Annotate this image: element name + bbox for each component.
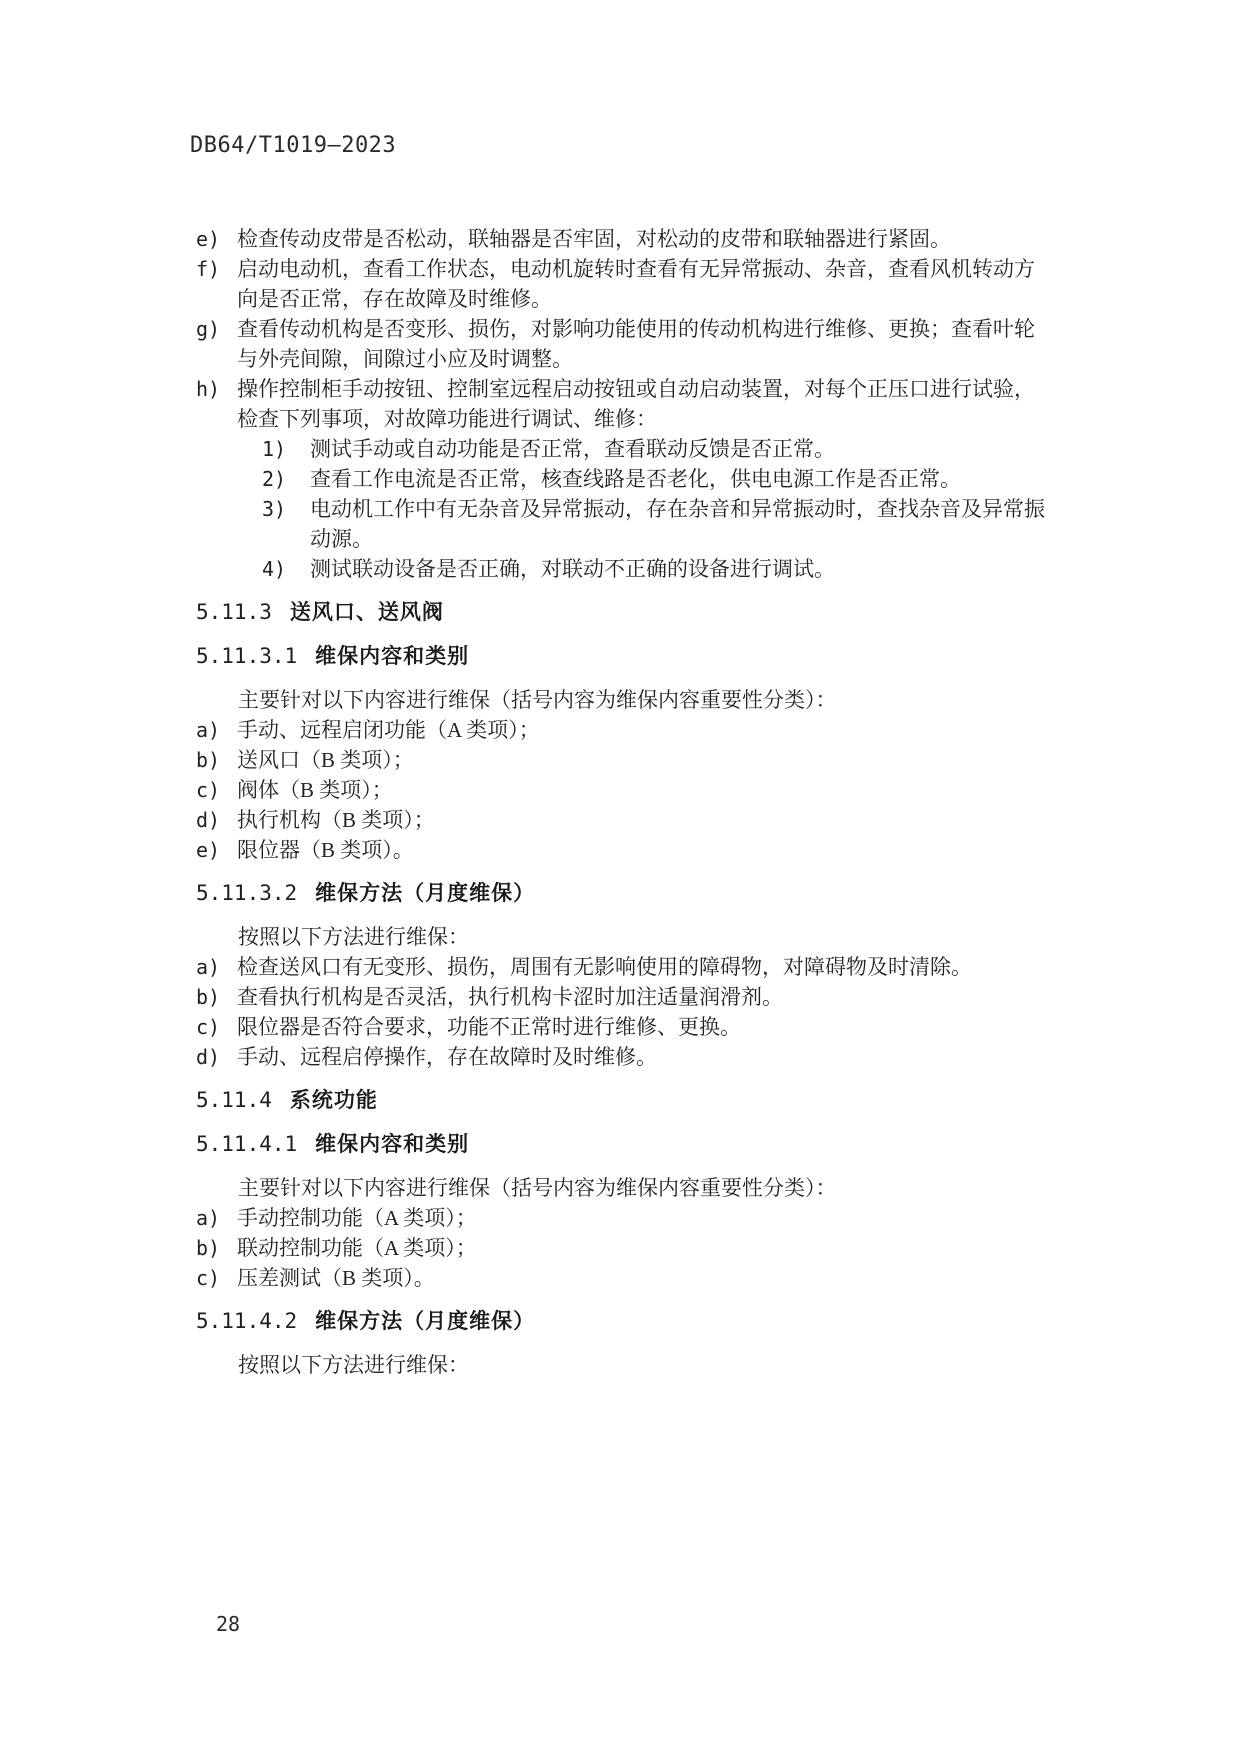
heading-title: 系统功能 (290, 1089, 378, 1112)
list-item-text: 限位器（B 类项）。 (237, 835, 1050, 865)
paragraph-method-intro-1: 按照以下方法进行维保： (196, 922, 1050, 952)
list-item-text: 执行机构（B 类项）； (237, 805, 1050, 835)
list-item-label: 1) (262, 434, 310, 464)
list-item: d) 执行机构（B 类项）； (196, 805, 1050, 835)
list-item-label: c) (196, 1263, 237, 1293)
document-header: DB64/T1019—2023 (190, 131, 396, 161)
heading-5-11-3-2: 5.11.3.2维保方法（月度维保） (196, 878, 1050, 909)
list-item-label: b) (196, 982, 237, 1012)
list-item-label: 3) (262, 494, 310, 524)
list-item-text: 查看执行机构是否灵活，执行机构卡涩时加注适量润滑剂。 (237, 982, 1050, 1012)
list-item-text: 手动、远程启闭功能（A 类项）； (237, 715, 1050, 745)
list-item: h) 操作控制柜手动按钮、控制室远程启动按钮或自动启动装置，对每个正压口进行试验… (196, 374, 1050, 434)
heading-number: 5.11.4.2 (196, 1309, 297, 1333)
list-item-label: b) (196, 1233, 237, 1263)
list-item-label: d) (196, 805, 237, 835)
list-item-text: 压差测试（B 类项）。 (237, 1263, 1050, 1293)
list-item-label: d) (196, 1042, 237, 1072)
list-item-text: 操作控制柜手动按钮、控制室远程启动按钮或自动启动装置，对每个正压口进行试验，检查… (237, 374, 1050, 434)
list-item: c) 压差测试（B 类项）。 (196, 1263, 1050, 1293)
list-item: e) 检查传动皮带是否松动，联轴器是否牢固，对松动的皮带和联轴器进行紧固。 (196, 224, 1050, 254)
page-number: 28 (216, 1612, 240, 1636)
list-item: e) 限位器（B 类项）。 (196, 835, 1050, 865)
heading-number: 5.11.4.1 (196, 1132, 297, 1156)
list-item-text: 阀体（B 类项）； (237, 775, 1050, 805)
list-item-label: f) (196, 254, 237, 284)
paragraph-method-intro-2: 按照以下方法进行维保： (196, 1350, 1050, 1380)
list-item-text: 手动控制功能（A 类项）； (237, 1203, 1050, 1233)
list-item: b) 查看执行机构是否灵活，执行机构卡涩时加注适量润滑剂。 (196, 982, 1050, 1012)
document-page: DB64/T1019—2023 e) 检查传动皮带是否松动，联轴器是否牢固，对松… (0, 0, 1241, 1755)
list-item: a) 手动控制功能（A 类项）； (196, 1203, 1050, 1233)
list-item-text: 检查传动皮带是否松动，联轴器是否牢固，对松动的皮带和联轴器进行紧固。 (237, 224, 1050, 254)
list-item-text: 限位器是否符合要求，功能不正常时进行维修、更换。 (237, 1012, 1050, 1042)
list-item-text: 检查送风口有无变形、损伤，周围有无影响使用的障碍物，对障碍物及时清除。 (237, 952, 1050, 982)
document-content: e) 检查传动皮带是否松动，联轴器是否牢固，对松动的皮带和联轴器进行紧固。 f)… (196, 224, 1050, 1380)
heading-5-11-3-1: 5.11.3.1维保内容和类别 (196, 641, 1050, 672)
list-item-label: e) (196, 224, 237, 254)
list-item: b) 联动控制功能（A 类项）； (196, 1233, 1050, 1263)
list-item-label: a) (196, 952, 237, 982)
list-item-text: 送风口（B 类项）； (237, 745, 1050, 775)
list-item-text: 启动电动机，查看工作状态，电动机旋转时查看有无异常振动、杂音，查看风机转动方向是… (237, 254, 1050, 314)
list-numeric-checks: 1) 测试手动或自动功能是否正常，查看联动反馈是否正常。 2) 查看工作电流是否… (196, 434, 1050, 584)
heading-title: 送风口、送风阀 (290, 601, 444, 624)
list-item-text: 测试手动或自动功能是否正常，查看联动反馈是否正常。 (310, 434, 1050, 464)
list-alpha-fan: e) 检查传动皮带是否松动，联轴器是否牢固，对松动的皮带和联轴器进行紧固。 f)… (196, 224, 1050, 434)
list-item-text: 电动机工作中有无杂音及异常振动，存在杂音和异常振动时，查找杂音及异常振动源。 (310, 494, 1050, 554)
list-alpha-items-2: a) 手动控制功能（A 类项）； b) 联动控制功能（A 类项）； c) 压差测… (196, 1203, 1050, 1293)
list-item-label: c) (196, 775, 237, 805)
list-item-label: e) (196, 835, 237, 865)
list-item-text: 联动控制功能（A 类项）； (237, 1233, 1050, 1263)
heading-5-11-4-2: 5.11.4.2维保方法（月度维保） (196, 1306, 1050, 1337)
list-item-text: 查看工作电流是否正常，核查线路是否老化，供电电源工作是否正常。 (310, 464, 1050, 494)
heading-title: 维保内容和类别 (315, 645, 469, 668)
heading-title: 维保内容和类别 (315, 1133, 469, 1156)
list-item: 3) 电动机工作中有无杂音及异常振动，存在杂音和异常振动时，查找杂音及异常振动源… (262, 494, 1050, 554)
list-item-label: b) (196, 745, 237, 775)
list-item: f) 启动电动机，查看工作状态，电动机旋转时查看有无异常振动、杂音，查看风机转动… (196, 254, 1050, 314)
heading-number: 5.11.3 (196, 600, 272, 624)
heading-title: 维保方法（月度维保） (315, 1310, 535, 1333)
list-item: 4) 测试联动设备是否正确，对联动不正确的设备进行调试。 (262, 554, 1050, 584)
list-item: 2) 查看工作电流是否正常，核查线路是否老化，供电电源工作是否正常。 (262, 464, 1050, 494)
list-item: a) 检查送风口有无变形、损伤，周围有无影响使用的障碍物，对障碍物及时清除。 (196, 952, 1050, 982)
list-item: b) 送风口（B 类项）； (196, 745, 1050, 775)
heading-number: 5.11.3.1 (196, 644, 297, 668)
heading-5-11-4: 5.11.4系统功能 (196, 1085, 1050, 1116)
list-item: 1) 测试手动或自动功能是否正常，查看联动反馈是否正常。 (262, 434, 1050, 464)
list-item-label: 2) (262, 464, 310, 494)
list-item-label: g) (196, 314, 237, 344)
list-item-text: 手动、远程启停操作，存在故障时及时维修。 (237, 1042, 1050, 1072)
list-item-label: c) (196, 1012, 237, 1042)
list-item: d) 手动、远程启停操作，存在故障时及时维修。 (196, 1042, 1050, 1072)
heading-number: 5.11.3.2 (196, 881, 297, 905)
list-alpha-methods-1: a) 检查送风口有无变形、损伤，周围有无影响使用的障碍物，对障碍物及时清除。 b… (196, 952, 1050, 1072)
heading-number: 5.11.4 (196, 1088, 272, 1112)
paragraph-maintenance-scope-2: 主要针对以下内容进行维保（括号内容为维保内容重要性分类）： (196, 1173, 1050, 1203)
list-item: c) 限位器是否符合要求，功能不正常时进行维修、更换。 (196, 1012, 1050, 1042)
list-item: c) 阀体（B 类项）； (196, 775, 1050, 805)
heading-5-11-3: 5.11.3送风口、送风阀 (196, 597, 1050, 628)
list-alpha-items-1: a) 手动、远程启闭功能（A 类项）； b) 送风口（B 类项）； c) 阀体（… (196, 715, 1050, 865)
heading-title: 维保方法（月度维保） (315, 882, 535, 905)
list-item-label: h) (196, 374, 237, 404)
list-item-text: 查看传动机构是否变形、损伤，对影响功能使用的传动机构进行维修、更换；查看叶轮与外… (237, 314, 1050, 374)
list-item: g) 查看传动机构是否变形、损伤，对影响功能使用的传动机构进行维修、更换；查看叶… (196, 314, 1050, 374)
list-item: a) 手动、远程启闭功能（A 类项）； (196, 715, 1050, 745)
list-item-label: a) (196, 1203, 237, 1233)
heading-5-11-4-1: 5.11.4.1维保内容和类别 (196, 1129, 1050, 1160)
list-item-text: 测试联动设备是否正确，对联动不正确的设备进行调试。 (310, 554, 1050, 584)
list-item-label: a) (196, 715, 237, 745)
list-item-label: 4) (262, 554, 310, 584)
paragraph-maintenance-scope-1: 主要针对以下内容进行维保（括号内容为维保内容重要性分类）： (196, 685, 1050, 715)
